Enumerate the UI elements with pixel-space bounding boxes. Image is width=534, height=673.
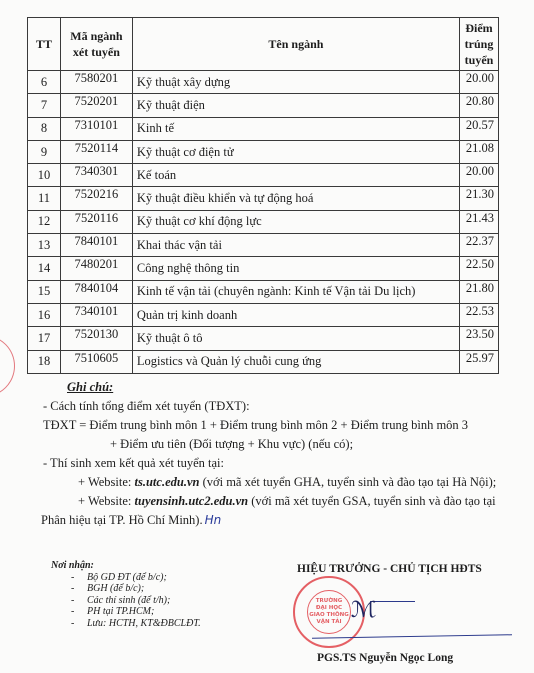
row-major-name: Kỹ thuật ô tô [132, 327, 459, 350]
row-tt: 18 [28, 350, 61, 373]
table-row: 77520201Kỹ thuật điện20.80 [28, 94, 499, 117]
table-row: 97520114Kỹ thuật cơ điện tử21.08 [28, 140, 499, 163]
table-row: 187510605Logistics và Quản lý chuỗi cung… [28, 350, 499, 373]
website-2-description-cont: Phân hiệu tại TP. Hồ Chí Minh). [41, 513, 203, 527]
row-score: 20.80 [459, 94, 498, 117]
row-major-name: Kỹ thuật cơ khí động lực [132, 210, 459, 233]
row-major-code: 7520116 [60, 210, 132, 233]
header-major-code-line1: Mã ngành [70, 29, 122, 43]
row-major-name: Kinh tế [132, 117, 459, 140]
row-score: 21.08 [459, 140, 498, 163]
header-tt: TT [28, 18, 61, 71]
row-score: 20.00 [459, 164, 498, 187]
row-major-name: Kỹ thuật cơ điện tử [132, 140, 459, 163]
row-major-code: 7310101 [60, 117, 132, 140]
handwritten-initials: Hn [205, 513, 222, 527]
signature-mark: ℳ [351, 598, 377, 623]
website-1-label: + Website: [78, 475, 135, 489]
row-major-name: Kế toán [132, 164, 459, 187]
row-score: 22.37 [459, 234, 498, 257]
website-line-1: + Website: ts.utc.edu.vn (với mã xét tuy… [78, 473, 523, 492]
row-major-code: 7520216 [60, 187, 132, 210]
website-line-2: + Website: tuyensinh.utc2.edu.vn (với mã… [78, 492, 523, 511]
signer-name: PGS.TS Nguyễn Ngọc Long [317, 652, 453, 664]
table-row: 177520130Kỹ thuật ô tô23.50 [28, 327, 499, 350]
table-row: 67580201Kỹ thuật xây dựng20.00 [28, 71, 499, 94]
seal-text-4: VẬN TẢI [308, 619, 350, 626]
notes-title: Ghi chú: [67, 378, 523, 397]
table-row: 117520216Kỹ thuật điều khiển và tự động … [28, 187, 499, 210]
row-major-name: Kinh tế vận tải (chuyên ngành: Kinh tế V… [132, 280, 459, 303]
row-score: 20.00 [459, 71, 498, 94]
row-major-name: Công nghệ thông tin [132, 257, 459, 280]
row-major-code: 7840101 [60, 234, 132, 257]
table-header-row: TT Mã ngành xét tuyển Tên ngành Điểm trú… [28, 18, 499, 71]
admission-score-table: TT Mã ngành xét tuyển Tên ngành Điểm trú… [27, 17, 499, 374]
seal-inner: TRƯỜNG ĐẠI HỌC GIAO THÔNG VẬN TẢI [307, 590, 351, 634]
table-row: 107340301Kế toán20.00 [28, 164, 499, 187]
website-2-description: (với mã xét tuyển GSA, tuyển sinh và đào… [248, 494, 496, 508]
row-major-code: 7580201 [60, 71, 132, 94]
row-tt: 13 [28, 234, 61, 257]
row-major-name: Kỹ thuật xây dựng [132, 71, 459, 94]
row-major-code: 7340301 [60, 164, 132, 187]
row-score: 21.80 [459, 280, 498, 303]
recipients-title: Nơi nhận: [51, 560, 201, 572]
signatory-title: HIỆU TRƯỞNG - CHỦ TỊCH HĐTS [297, 563, 482, 575]
header-score: Điểm trúng tuyển [459, 18, 498, 71]
row-tt: 9 [28, 140, 61, 163]
row-major-code: 7520201 [60, 94, 132, 117]
table-row: 127520116Kỹ thuật cơ khí động lực21.43 [28, 210, 499, 233]
row-score: 21.30 [459, 187, 498, 210]
table-row: 157840104Kinh tế vận tải (chuyên ngành: … [28, 280, 499, 303]
row-major-name: Khai thác vận tải [132, 234, 459, 257]
header-score-line3: tuyển [465, 53, 494, 67]
recipient-item: Bộ GD ĐT (để b/c); [51, 572, 201, 584]
seal-text-2: ĐẠI HỌC [308, 605, 350, 612]
row-major-code: 7480201 [60, 257, 132, 280]
recipient-item: BGH (để b/c); [51, 583, 201, 595]
signature-stroke-top [370, 601, 415, 602]
row-score: 22.53 [459, 303, 498, 326]
row-tt: 7 [28, 94, 61, 117]
table-row: 147480201Công nghệ thông tin22.50 [28, 257, 499, 280]
recipient-list: Bộ GD ĐT (để b/c);BGH (để b/c);Các thí s… [51, 572, 201, 630]
header-major-code-line2: xét tuyển [73, 45, 120, 59]
table-row: 87310101Kinh tế20.57 [28, 117, 499, 140]
row-score: 23.50 [459, 327, 498, 350]
results-intro: - Thí sinh xem kết quả xét tuyển tại: [43, 454, 523, 473]
website-2-link[interactable]: tuyensinh.utc2.edu.vn [135, 494, 249, 508]
row-major-name: Quản trị kinh doanh [132, 303, 459, 326]
website-line-2-cont: Phân hiệu tại TP. Hồ Chí Minh).Hn [41, 511, 523, 530]
website-2-label: + Website: [78, 494, 135, 508]
partial-seal-stamp [0, 335, 15, 397]
website-1-link[interactable]: ts.utc.edu.vn [135, 475, 200, 489]
row-major-code: 7520130 [60, 327, 132, 350]
website-1-description: (với mã xét tuyển GHA, tuyển sinh và đào… [199, 475, 496, 489]
formula-line-1: TĐXT = Điểm trung bình môn 1 + Điểm trun… [43, 416, 523, 435]
header-score-line1: Điểm [465, 21, 492, 35]
row-major-name: Logistics và Quản lý chuỗi cung ứng [132, 350, 459, 373]
recipients-section: Nơi nhận: Bộ GD ĐT (để b/c);BGH (để b/c)… [51, 560, 201, 629]
row-tt: 14 [28, 257, 61, 280]
row-major-code: 7840104 [60, 280, 132, 303]
table-body: 67580201Kỹ thuật xây dựng20.0077520201Kỹ… [28, 71, 499, 374]
table-row: 167340101Quản trị kinh doanh22.53 [28, 303, 499, 326]
recipient-item: Các thí sinh (để t/h); [51, 595, 201, 607]
recipient-item: Lưu: HCTH, KT&ĐBCLĐT. [51, 618, 201, 630]
row-score: 21.43 [459, 210, 498, 233]
row-tt: 15 [28, 280, 61, 303]
formula-line-2: + Điểm ưu tiên (Đối tượng + Khu vực) (nế… [110, 435, 523, 454]
formula-intro: - Cách tính tổng điểm xét tuyển (TĐXT): [43, 397, 523, 416]
row-major-name: Kỹ thuật điện [132, 94, 459, 117]
row-score: 22.50 [459, 257, 498, 280]
row-major-code: 7340101 [60, 303, 132, 326]
document-page: TT Mã ngành xét tuyển Tên ngành Điểm trú… [0, 0, 534, 673]
table-row: 137840101Khai thác vận tải22.37 [28, 234, 499, 257]
row-score: 20.57 [459, 117, 498, 140]
header-major-name: Tên ngành [132, 18, 459, 71]
row-tt: 12 [28, 210, 61, 233]
seal-text-1: TRƯỜNG [308, 598, 350, 605]
seal-text-3: GIAO THÔNG [308, 612, 350, 619]
row-tt: 16 [28, 303, 61, 326]
header-major-code: Mã ngành xét tuyển [60, 18, 132, 71]
row-major-code: 7510605 [60, 350, 132, 373]
row-tt: 6 [28, 71, 61, 94]
row-tt: 11 [28, 187, 61, 210]
recipient-item: PH tại TP.HCM; [51, 606, 201, 618]
row-major-code: 7520114 [60, 140, 132, 163]
row-score: 25.97 [459, 350, 498, 373]
row-major-name: Kỹ thuật điều khiển và tự động hoá [132, 187, 459, 210]
notes-section: Ghi chú: - Cách tính tổng điểm xét tuyển… [43, 378, 523, 530]
header-score-line2: trúng [465, 37, 494, 51]
row-tt: 10 [28, 164, 61, 187]
row-tt: 17 [28, 327, 61, 350]
row-tt: 8 [28, 117, 61, 140]
